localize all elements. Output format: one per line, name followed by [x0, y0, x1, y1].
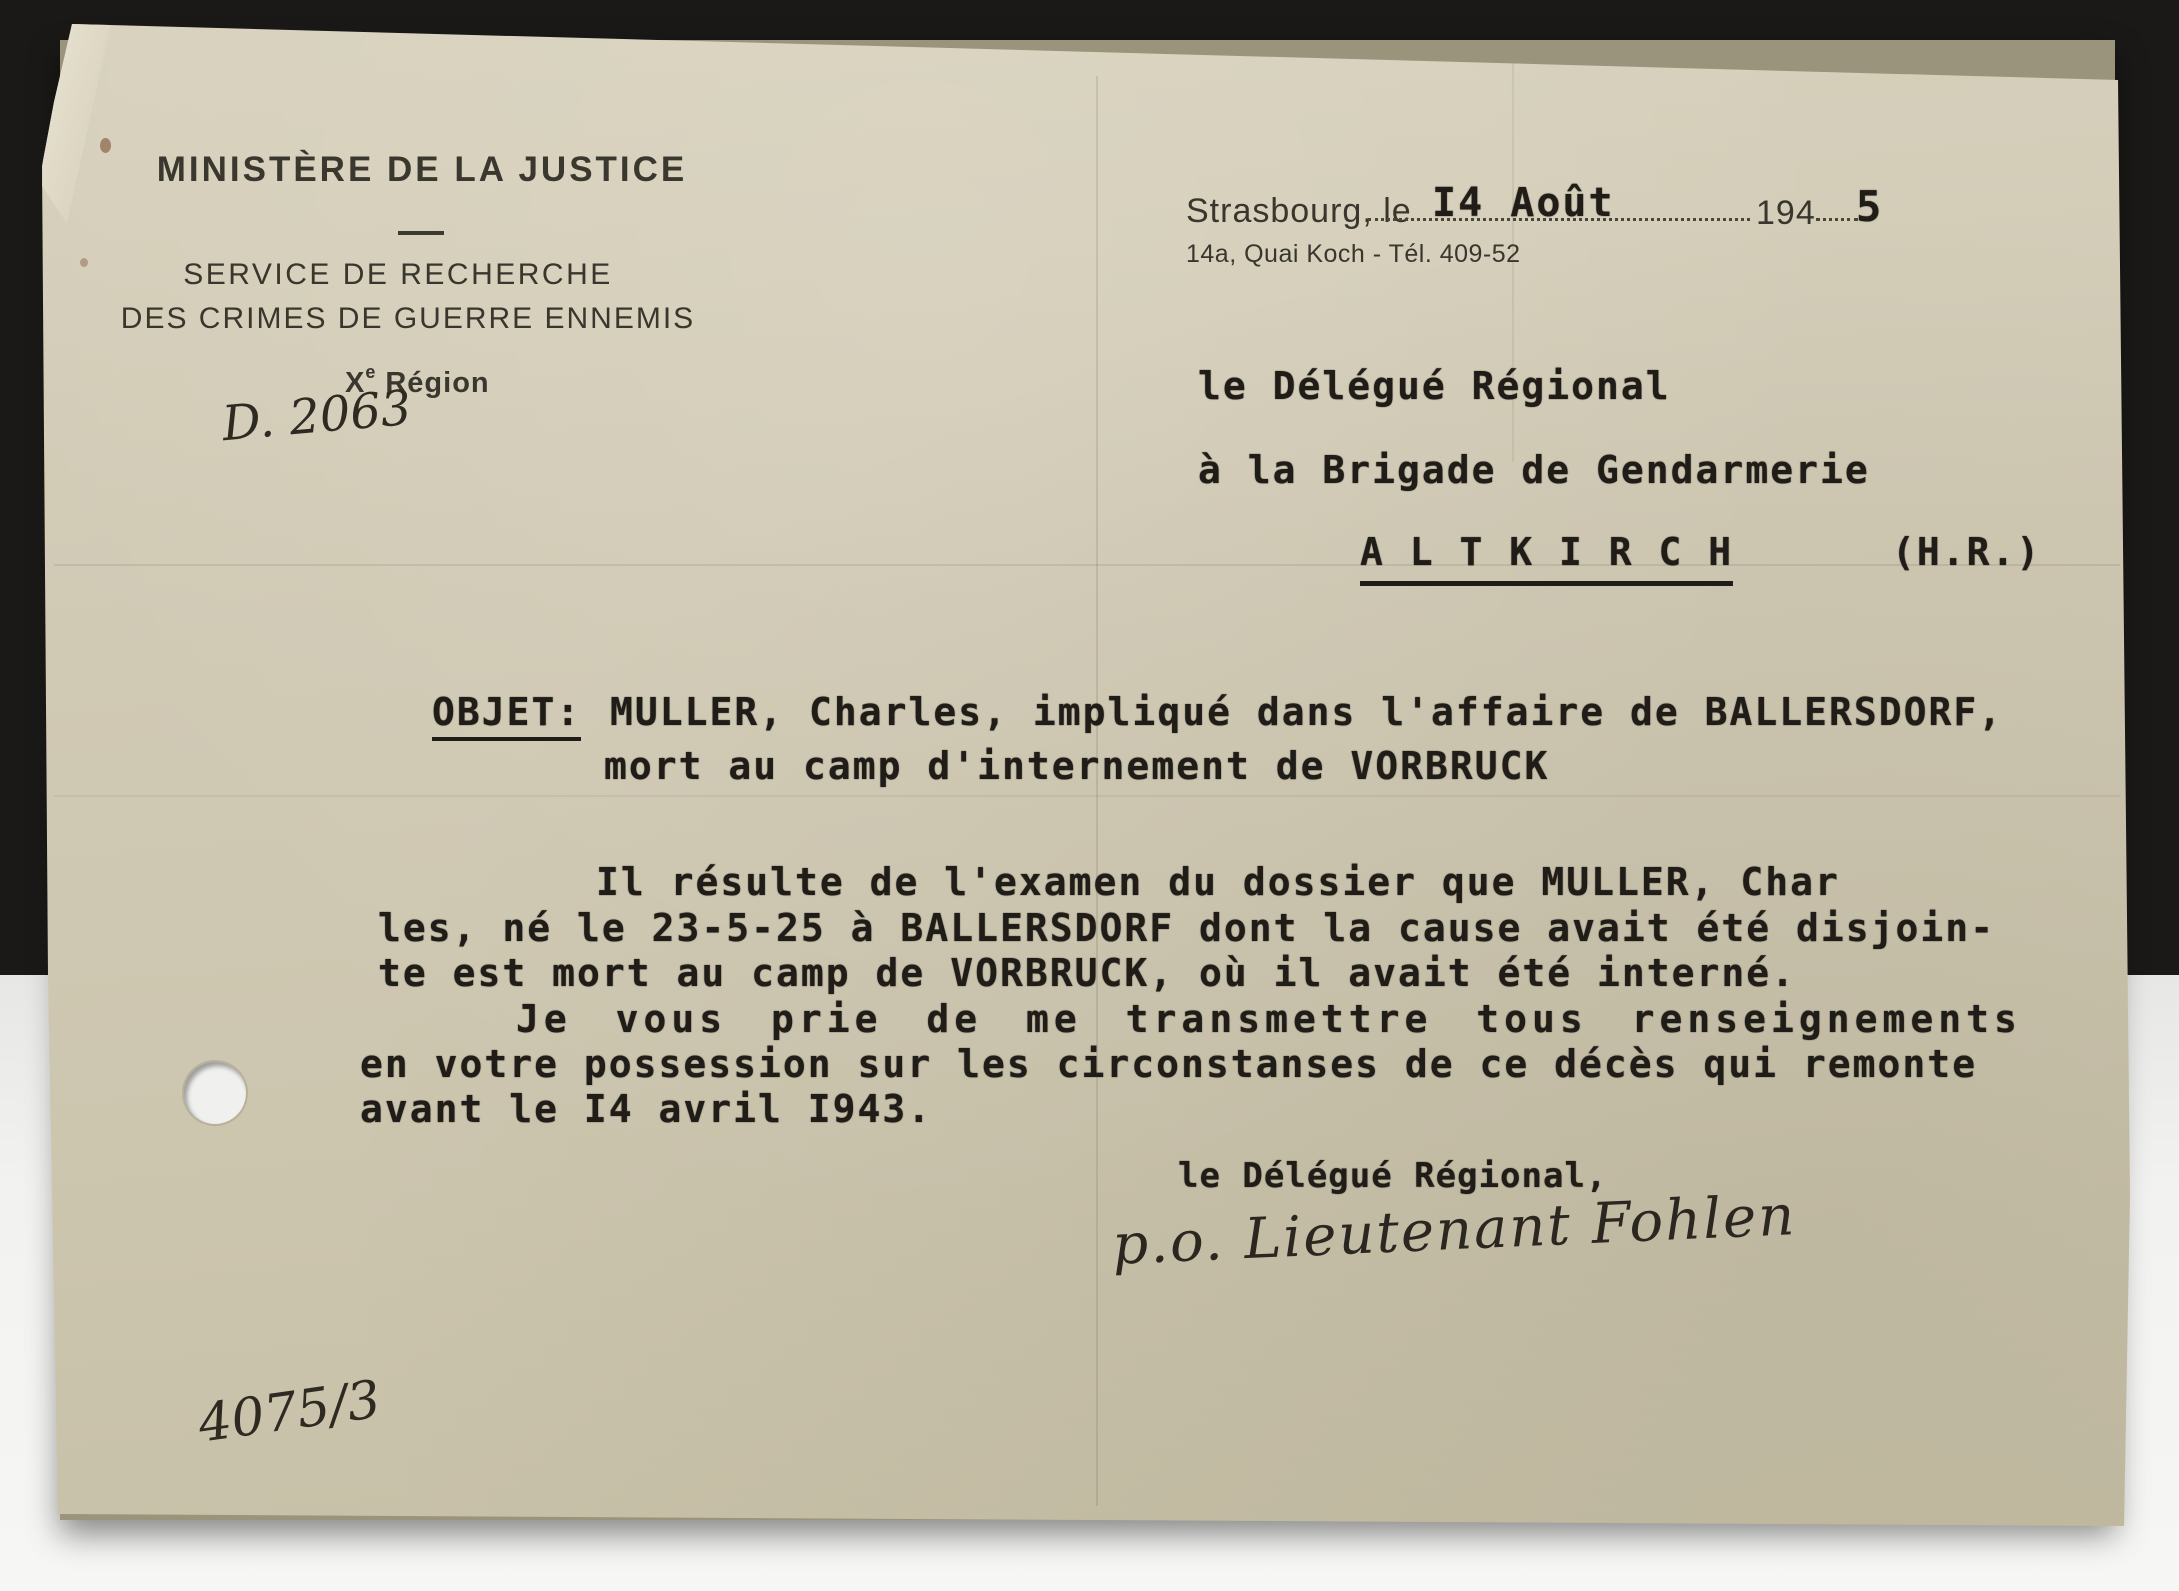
body-line-4: Je vous prie de me transmettre tous rens…: [516, 997, 2022, 1041]
recipient-line-2: à la Brigade de Gendarmerie: [1198, 448, 1870, 492]
horizontal-crease-lower: [54, 795, 2120, 797]
year-dotted-leader: [1816, 190, 1858, 221]
typed-date: I4 Août: [1432, 180, 1615, 226]
subject-line-2: mort au camp d'internement de VORBRUCK: [604, 744, 1549, 788]
horizontal-crease-upper: [54, 564, 2120, 566]
body-line-6: avant le I4 avril I943.: [360, 1087, 932, 1131]
punch-hole: [184, 1062, 246, 1124]
printed-year: 194: [1756, 194, 1816, 233]
recipient-line-1: le Délégué Régional: [1198, 364, 1671, 408]
service-line-1: SERVICE DE RECHERCHE: [158, 258, 638, 292]
vertical-fold-crease: [1096, 76, 1098, 1506]
body-line-5: en votre possession sur les circonstanse…: [360, 1042, 1977, 1086]
body-line-3: te est mort au camp de VORBRUCK, où il a…: [378, 951, 1796, 995]
ministry-title: MINISTÈRE DE LA JUSTICE: [148, 150, 696, 190]
paper-stain: [100, 138, 111, 153]
body-line-2: les, né le 23-5-25 à BALLERSDORF dont la…: [378, 906, 1995, 950]
recipient-city: A L T K I R C H: [1360, 530, 1733, 586]
recipient-department: (H.R.): [1892, 530, 2041, 574]
typed-year-digit: 5: [1856, 182, 1883, 231]
service-line-2: DES CRIMES DE GUERRE ENNEMIS: [118, 302, 698, 336]
subject-line-1: MULLER, Charles, impliqué dans l'affaire…: [610, 690, 2003, 734]
subject-label: OBJET:: [432, 690, 581, 741]
paper-stain: [80, 258, 88, 267]
region-superscript: e: [365, 362, 376, 382]
letterhead-address: 14a, Quai Koch - Tél. 409-52: [1186, 240, 1521, 269]
scanned-letter-stage: MINISTÈRE DE LA JUSTICE SERVICE DE RECHE…: [0, 0, 2179, 1591]
signature-typed-title: le Délégué Régional,: [1178, 1156, 1607, 1196]
body-line-1: Il résulte de l'examen du dossier que MU…: [596, 860, 1840, 904]
letterhead-divider: [398, 231, 444, 235]
